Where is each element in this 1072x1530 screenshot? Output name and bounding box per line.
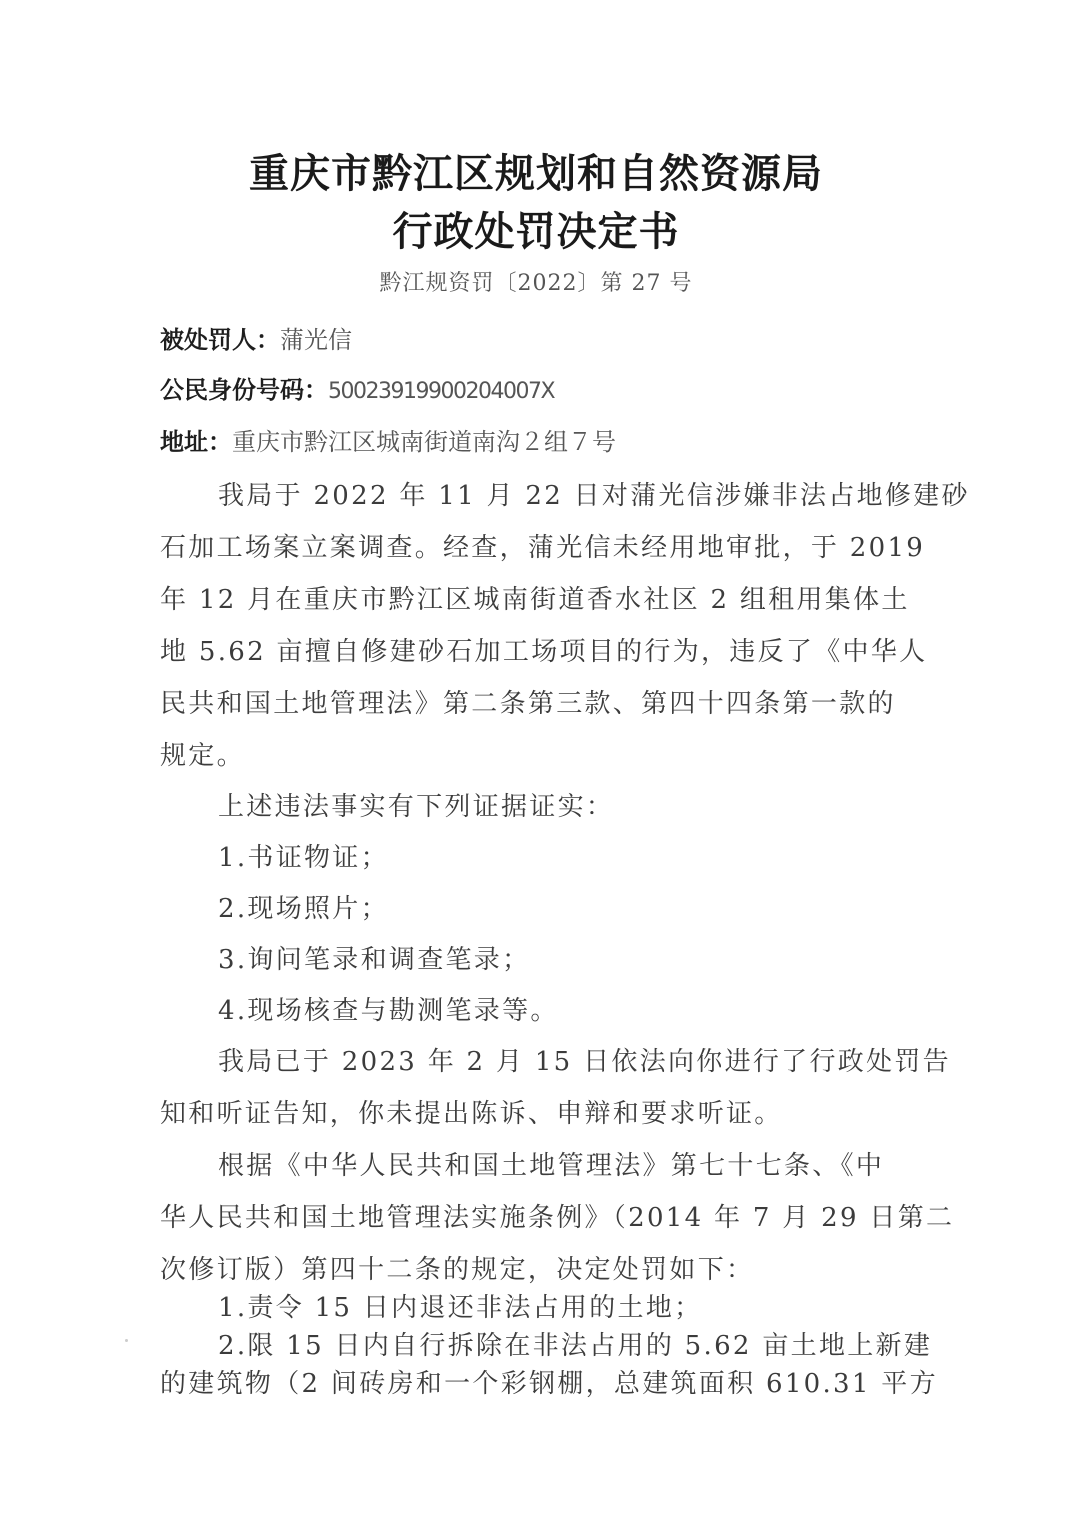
body-line: 地 5.62 亩擅自修建砂石加工场项目的行为，违反了《中华人 bbox=[160, 631, 927, 668]
address-field: 地址：重庆市黔江区城南街道南沟２组７号 bbox=[160, 422, 616, 457]
body-line: 华人民共和国土地管理法实施条例》（2014 年 7 月 29 日第二 bbox=[160, 1197, 954, 1234]
body-line: 规定。 bbox=[160, 735, 245, 772]
body-line: 次修订版）第四十二条的规定，决定处罚如下： bbox=[160, 1249, 754, 1286]
id-number-label: 公民身份号码： bbox=[160, 376, 328, 404]
id-number-field: 公民身份号码：50023919900204007X bbox=[160, 370, 554, 405]
evidence-item: 2.现场照片； bbox=[218, 888, 389, 925]
document-number: 黔江规资罚〔2022〕第 27 号 bbox=[0, 266, 1072, 297]
address-value: 重庆市黔江区城南街道南沟２组７号 bbox=[232, 428, 616, 456]
document-type-title: 行政处罚决定书 bbox=[0, 200, 1072, 257]
punished-person-value: 蒲光信 bbox=[280, 326, 352, 354]
penalty-item: 1.责令 15 日内退还非法占用的土地； bbox=[218, 1287, 702, 1324]
evidence-item: 3.询问笔录和调查笔录； bbox=[218, 939, 530, 976]
punished-person-label: 被处罚人： bbox=[160, 326, 280, 354]
body-line: 知和听证告知，你未提出陈诉、申辩和要求听证。 bbox=[160, 1093, 783, 1130]
body-line: 我局于 2022 年 11 月 22 日对蒲光信涉嫌非法占地修建砂 bbox=[218, 475, 970, 512]
penalty-item: 2.限 15 日内自行拆除在非法占用的 5.62 亩土地上新建 bbox=[218, 1325, 932, 1362]
body-line: 我局已于 2023 年 2 月 15 日依法向你进行了行政处罚告 bbox=[218, 1041, 951, 1078]
evidence-heading: 上述违法事实有下列证据证实： bbox=[218, 786, 614, 823]
address-label: 地址： bbox=[160, 428, 232, 456]
body-line: 的建筑物（2 间砖房和一个彩钢棚，总建筑面积 610.31 平方 bbox=[160, 1363, 938, 1400]
body-line: 民共和国土地管理法》第二条第三款、第四十四条第一款的 bbox=[160, 683, 896, 720]
evidence-item: 1.书证物证； bbox=[218, 837, 389, 874]
body-line: 年 12 月在重庆市黔江区城南街道香水社区 2 组租用集体土 bbox=[160, 579, 910, 616]
issuer-title: 重庆市黔江区规划和自然资源局 bbox=[0, 142, 1072, 199]
body-line: 根据《中华人民共和国土地管理法》第七十七条、《中 bbox=[218, 1145, 884, 1182]
body-line: 石加工场案立案调查。经查，蒲光信未经用地审批，于 2019 bbox=[160, 527, 925, 564]
scan-speck bbox=[125, 1339, 128, 1342]
evidence-item: 4.现场核查与勘测笔录等。 bbox=[218, 990, 559, 1027]
punished-person-field: 被处罚人：蒲光信 bbox=[160, 320, 352, 355]
id-number-value: 50023919900204007X bbox=[328, 379, 554, 404]
